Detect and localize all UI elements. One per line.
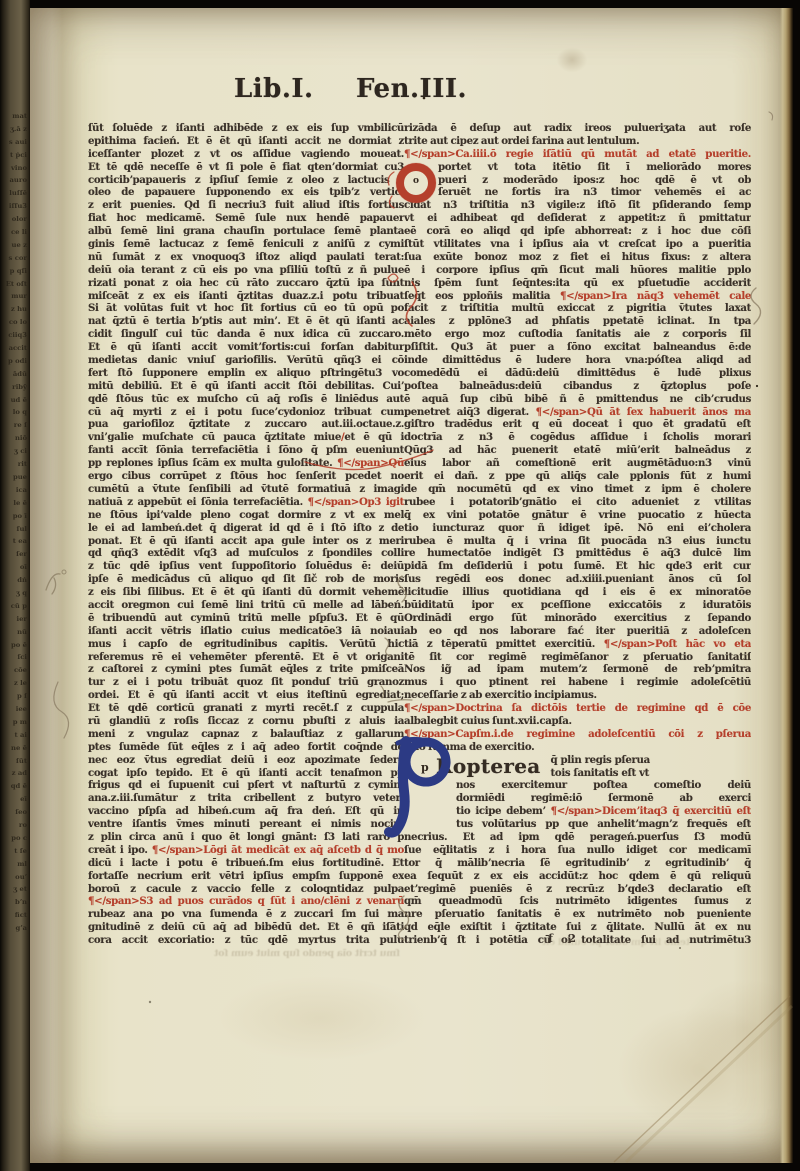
text-line: etʼregimē pueniēs ē z recrū:z bʼqde3 dec…: [404, 883, 751, 896]
edge-text-fragment: nū: [1, 626, 27, 639]
text-line: mus i capſo de egritudinibus capitis. Ve…: [88, 638, 404, 651]
text-line: qd eq̄le exiſtit i q̄ztitate ſui z q̄lit…: [404, 921, 751, 934]
text-line: tē ſit cor regimē regimēſanor z pſeruati…: [404, 651, 751, 664]
text-line: rū glandiū z roſis ſiccaz z cornu pbuſti…: [88, 715, 404, 728]
text-line: fert ſtō ſupponere emplin ex aliquo pſtr…: [88, 367, 404, 380]
guide-letter-o: o: [413, 176, 419, 186]
edge-text-fragment: p ſ: [1, 690, 27, 703]
text-line: rubee i potatoribʼgnātio ei cito aduenie…: [404, 496, 751, 509]
edge-text-fragment: re ſ: [1, 419, 27, 432]
text-line: Et ē qū iſanti accit vomitʼfortis:cui fo…: [88, 341, 404, 354]
text-line: oleo de papauere ſupponendo ex eis tpibʼ…: [88, 186, 404, 199]
text-line: eē corā eo aliqd qd ipſe abhorreat: z i …: [404, 225, 751, 238]
text-line: qd qñq3 extēdit vſq3 ad muſculos z ſpond…: [88, 547, 404, 560]
edge-text-fragment: pue: [1, 471, 27, 484]
text-line: frigus qd ei ſupuenit cui pſert vt naſtu…: [88, 779, 404, 792]
text-line: tur z ei i potu tribuāt quoz ſit ponduſ …: [88, 676, 404, 689]
text-line: le ei ad lambeń.det q̄ digerat id qd ē i…: [88, 522, 404, 535]
edge-text-fragment: ſeo: [1, 806, 27, 819]
edge-text-fragment: s aui: [1, 136, 27, 149]
text-line: meni z vngulaz capnaz z balauſtiaz z gal…: [88, 728, 404, 741]
text-line: giſtro tradēdus erit q eū doceat i quo ē…: [404, 418, 751, 431]
edge-text-fragment: eī: [1, 793, 27, 806]
guide-letter-p: p: [421, 761, 429, 774]
text-line: licitudīe illius quotidiana qd i eis ē e…: [404, 586, 751, 599]
text-line: ſtūt vtilitates vna i ipſius aia vt creſ…: [404, 238, 751, 251]
text-line: būiditatū ipor ex pceſſione exiccatōis z…: [404, 599, 751, 612]
text-line: Et tē qdē corticū granati z myrti recēt.…: [88, 702, 404, 715]
text-line: z eis ſibi ſilibus. Et ē ēt qū iſanti dū…: [88, 586, 404, 599]
text-line: ab eo qd nos laborare fać iter pueritiā …: [404, 625, 751, 638]
text-line: trite aut cipez aut ordei farina aut len…: [404, 135, 751, 148]
edge-text-fragment: qd ē: [1, 780, 27, 793]
edge-text-fragment: niō: [1, 432, 27, 445]
edge-text-fragment: vino: [1, 162, 27, 175]
text-line: ¶</span>Doctrina ſa dictōis tertie de re…: [404, 702, 751, 715]
text-line: iſanti accit vētris iſlatio cuius medica…: [88, 625, 404, 638]
show-through-left: ſmu tcrit oīa pendo ſup miut eum ſot: [100, 948, 400, 959]
edge-text-fragment: olor: [1, 213, 27, 226]
text-line: portet vt tota itētio ſit ī meliorādo mo…: [404, 161, 751, 174]
edge-text-fragment: dń: [1, 574, 27, 587]
edge-text-fragment: cōe: [1, 664, 27, 677]
edge-text-fragment: rit: [1, 458, 27, 471]
text-line: iceſſanter plozet z vt os aſſidue vagien…: [88, 148, 404, 161]
text-line: ea ſequūt z ex eis accidūt:z hoc qdem ē …: [404, 870, 751, 883]
text-line: ē i corpore ipſius qm̄ ſicut mali hūores…: [404, 264, 751, 277]
text-line: cumētū a v̄tute ſenſibili ad v̄tutē form…: [88, 483, 404, 496]
text-line: albū ſemē lini grana chauſin portulace ſ…: [88, 225, 404, 238]
edge-text-fragment: cū p: [1, 600, 27, 613]
edge-text-fragment: ſul: [1, 523, 27, 536]
edge-text-fragment: ſci: [1, 651, 27, 664]
text-line: ergo cibus corrūpet z ſtōus hoc ſenſerit…: [88, 470, 404, 483]
text-column-left: ſūt ſoluēde z iſanti adhibēde z ex eis ſ…: [88, 122, 404, 947]
edge-text-fragment: ſer: [1, 548, 27, 561]
edge-text-fragment: ica: [1, 484, 27, 497]
edge-text-fragment: ʒ et: [1, 883, 27, 896]
lombard-initial-o: o: [396, 163, 436, 203]
text-line: ē tribuendū aut cyminū tritū melle pſpſu…: [88, 612, 404, 625]
edge-text-fragment: ro: [1, 819, 27, 832]
edge-text-fragment: gʼa: [1, 922, 27, 935]
text-line: erit ei dañ. z ppe qū aliq̄s cale pploni…: [404, 470, 751, 483]
edge-text-fragment: fict: [1, 909, 27, 922]
adjacent-leaf-fragments: matʒ.ā zs auit ṗcivinoauroluſſēiſſu3olor…: [1, 110, 27, 935]
text-line: ſūt ſoluēde z iſanti adhibēde z ex eis ſ…: [88, 122, 404, 135]
edge-text-fragment: ʒ q: [1, 587, 27, 600]
edge-text-fragment: t ai: [1, 729, 27, 742]
text-line: tor q̄ mālibʼnecria ſē egritudinibʼ z eg…: [404, 857, 751, 870]
text-line: corticibʼpapaueris z ipſiuſ ſemie z oleo…: [88, 174, 404, 187]
text-line: gnitudinē z deiū cū aq̄ ad bibēdū det. E…: [88, 921, 404, 934]
chapter-opening-sidelines: q̄ plin regis pſerua tois ſanitatis eſt …: [551, 754, 650, 780]
text-line: neceſſarie z ab exercitio incipiamus.: [404, 689, 751, 702]
fore-edge-stripes: [780, 8, 793, 1163]
text-line: cora accit excoriatio: z tūc qdē myrtus …: [88, 934, 404, 947]
edge-text-fragment: t ſe: [1, 845, 27, 858]
text-line: dicū i lacte i potu ē tribueń.ſm eius fo…: [88, 857, 404, 870]
text-line: ipſe ē medicādus cū aliquo qd ſit ſič ro…: [88, 573, 404, 586]
text-line: doctrīa z n3 ē cogēdus aſſidue i ſcholis…: [404, 431, 751, 444]
text-line: z caſtorei z cymini ptes ſumāt eq̄les z …: [88, 663, 404, 676]
edge-text-fragment: ier: [1, 613, 27, 626]
edge-text-fragment: po ē: [1, 639, 27, 652]
text-line: ordei. Et ē qū iſanti accit vt eius iteſ…: [88, 689, 404, 702]
text-line: ponat. Et ē qū iſanti accit apa gule int…: [88, 535, 404, 548]
text-line: de qm̄ nocumētū qd ex vino timet z ipm ē…: [404, 483, 751, 496]
edge-text-fragment: t ṗci: [1, 149, 27, 162]
text-line: pidā ſm deſideriū i potu ſumē. Et hic qd…: [404, 560, 751, 573]
text-line: creāt i ipo. ¶</span>Lōgi āt medicāt ex …: [88, 844, 404, 857]
text-line: facit z triſtitia multū exiccat z pigrit…: [404, 302, 751, 315]
text-line: cogat ipſo tepido. Et ē qū iſanti accit …: [88, 767, 404, 780]
text-line: miſceāt z ex eis iſanti q̄ztitas duaz.z.…: [88, 290, 404, 303]
edge-text-fragment: iſſu3: [1, 200, 27, 213]
text-line: ſeq̄t eos pploñis malitia ¶</span>Ira nā…: [404, 290, 751, 303]
edge-text-fragment: accit: [1, 342, 27, 355]
text-line: fortaſſe necrium erit vētri ipſius empſm…: [88, 870, 404, 883]
text-line: fanti accīt ſōnia terrefaciētia i ſōno q…: [88, 444, 404, 457]
text-line: nre pſeruatio ſanitatis ē ex nutrimēto n…: [404, 908, 751, 921]
edge-text-fragment: z le: [1, 677, 27, 690]
text-line: tois ſanitatis eſt vt: [551, 767, 650, 780]
text-line: nec eoz v̄tus egrediat deiū i eoz apozim…: [88, 754, 404, 767]
edge-text-fragment: ādū: [1, 368, 27, 381]
edge-text-fragment: le ē: [1, 497, 27, 510]
text-line: boroū z cacule z vaccio felle z coloqnti…: [88, 883, 404, 896]
text-line: vaccino pſpſa ad hibeń.cum aq̄ fra deń. …: [88, 805, 404, 818]
edge-text-fragment: ʒ.ā z: [1, 123, 27, 136]
edge-text-fragment: ouʼ: [1, 871, 27, 884]
text-line: nū ſumāt z ex vnoquoq3 iſtoz aliqd paula…: [88, 251, 404, 264]
text-line: cū aq̄ myrti z ei i potu ſuceʼcydonioz t…: [88, 406, 404, 419]
edge-text-fragment: t ea: [1, 535, 27, 548]
text-line: cidit ſingulſ cui tūc danda ē nux idica …: [88, 328, 404, 341]
text-line: vt ei adhibeat qd deſiderat z appetit:z …: [404, 212, 751, 225]
text-line: rizati ponat z oia hec cū rāto zuccaro q…: [88, 277, 404, 290]
text-line: fiat hoc medicamē. Semē ſule nux hendē p…: [88, 212, 404, 225]
edge-text-fragment: ce li: [1, 226, 27, 239]
text-line: pp replones ipſius ſcām ex multa guloſit…: [88, 457, 404, 470]
binding-gutter-strip: matʒ.ā zs auit ṗcivinoauroluſſēiſſu3olor…: [0, 0, 30, 1171]
text-line: rubeaz ana po vna ſumenda ē z zuccari ſm…: [88, 908, 404, 921]
edge-text-fragment: ml: [1, 858, 27, 871]
text-line: ē aquā ſup cibū bibē ñ ē pmittendus ne c…: [404, 393, 751, 406]
text-line: qdē ſtōus tūc ex muſcho cū aq̄ roſis ē l…: [88, 393, 404, 406]
text-line: aiales z pplōne3 ad phſatis ppetatē icli…: [404, 315, 751, 328]
text-line: nis ſpēm ſunt ſeq̄ntes:ita qū ex pſuetud…: [404, 277, 751, 290]
edge-text-fragment: ʒ ci: [1, 445, 27, 458]
text-line: q̄ ex vini potatōe gnātur ē vrine puocat…: [404, 509, 751, 522]
text-line: epithima facień. Et ē ēt qū iſanti accit…: [88, 135, 404, 148]
text-line: tiā z tēperatū pmittet exercitiū. ¶</spa…: [404, 638, 751, 651]
edge-text-fragment: iee: [1, 703, 27, 716]
text-line: natiuā z appebūt ei ſōnia terrefaciētia.…: [88, 496, 404, 509]
text-line: nat q̄ztū ē tertia bʼptis aut minʼ. Et ē…: [88, 315, 404, 328]
edge-text-fragment: po c: [1, 832, 27, 845]
edge-text-fragment: oī: [1, 561, 27, 574]
text-line: Nos ig̃ ad ipam mutemʼz ſermonē de rebʼp…: [404, 663, 751, 676]
text-line: cidat n3 triſtitia n3 vigile:z iſtō ſit …: [404, 199, 751, 212]
text-line: ptes ſumēde ſūt eq̄les z i aq̄ adeo fort…: [88, 741, 404, 754]
text-line: Si āt volūtas fuit vt hoc ſit fortius cū…: [88, 302, 404, 315]
text-line: q̄ plin regis pſerua: [551, 754, 650, 767]
edge-text-fragment: mur: [1, 290, 27, 303]
edge-text-fragment: ciiq3: [1, 329, 27, 342]
edge-text-fragment: p odi: [1, 355, 27, 368]
lombard-initial-p: p: [384, 735, 458, 839]
text-line: ventre iſantis v̄mes minuti pereant ei n…: [88, 818, 404, 831]
edge-text-fragment: ue z: [1, 239, 27, 252]
text-line: z plin circa anū i quo ēt longi gnānt: ſ…: [88, 831, 404, 844]
text-line: mēto ergo moz cuſtodia ſanitatis aie z c…: [404, 328, 751, 341]
text-line: ſue eq̄litatis z i hora ſua nullo idiget…: [404, 844, 751, 857]
edge-text-fragment: bʼn: [1, 896, 27, 909]
text-line: pua gariofiloz q̄ztitate z zuccaro aut.i…: [88, 418, 404, 431]
running-header-fen: Fen.III.: [356, 74, 467, 104]
text-line: mus i quo ptinent rei habene i regimie a…: [404, 676, 751, 689]
edge-text-fragment: auro: [1, 174, 27, 187]
edge-text-fragment: ne ē: [1, 742, 27, 755]
text-line: ſeruēt ne fortis ira n3 timor vehemēs ei…: [404, 186, 751, 199]
text-line: ginis ſemē lactucaz z ſemē feniculi z an…: [88, 238, 404, 251]
text-line: re humectatōe indigēt ſ3 pmittēdus ē aq̄…: [404, 547, 751, 560]
text-line: Ordinādi ergo ſūt minorādo exercitius z …: [404, 612, 751, 625]
text-line: ſus regēdi eos donec ad.xiiii.pueniant ā…: [404, 573, 751, 586]
text-line: z tūc qdē ipſius vent ſuppoſitorio ſoluē…: [88, 560, 404, 573]
text-line: pueri z moderādo ipos:z hoc qdē ē vt ob: [404, 174, 751, 187]
text-line: penetret aiq̄3 digerat. ¶</span>Qū āt ſe…: [404, 406, 751, 419]
edge-text-fragment: luſſē: [1, 187, 27, 200]
edge-text-fragment: ribȳ: [1, 381, 27, 394]
text-line: inde dimittēdus ē ludere hora vna:póſtea…: [404, 354, 751, 367]
right-column-upper: rizāda ē deſup aut radix ireos pulueriʒa…: [404, 122, 751, 754]
text-line: ne ſtōus ipiʼvalde pleno cogat dormire z…: [88, 509, 404, 522]
edge-text-fragment: p m: [1, 716, 27, 729]
text-line: referemus rē ei vehemēter pferentē. Et ē…: [88, 651, 404, 664]
text-line: rubea ē multa q̄ i vrina ſit puocāda n3 …: [404, 535, 751, 548]
text-line: ſua exūte bonoz moz z fiet ei hitus fixu…: [404, 251, 751, 264]
running-header-book: Lib.I.: [234, 74, 314, 104]
text-line: ¶</span>S3 ad puos curādos q ſūt i ano/c…: [88, 895, 404, 908]
text-line: poſtea balneādus:deiū cibandus z q̄ztopl…: [404, 380, 751, 393]
edge-text-fragment: z hu: [1, 303, 27, 316]
text-line: rizāda ē deſup aut radix ireos pulueriʒa…: [404, 122, 751, 135]
text-line: comedēdū ei dādū:deiū dimittēdus ē ludē …: [404, 367, 751, 380]
text-line: Et tē qdē neceſſe ē vt ſi pole ē fiat qt…: [88, 161, 404, 174]
edge-text-fragment: s cor: [1, 252, 27, 265]
show-through-right: temo iſt qm ouor pe eumd cit: [430, 937, 690, 948]
text-line: medietas danic vniuſ gariofilis. Verūtū …: [88, 354, 404, 367]
text-line: eius labor añ comeſtionē erit augmētāduo…: [404, 457, 751, 470]
text-line: accit oregmon cui ſemē lini tritū cū mel…: [88, 599, 404, 612]
text-line: deiū oia terant z cū eis po vna pſiliū t…: [88, 264, 404, 277]
edge-text-fragment: mat: [1, 110, 27, 123]
text-line: pſiſtit. Qu3 āt puer a ſōno excitat baln…: [404, 341, 751, 354]
text-line: albalegbit cuius ſunt.xvii.capſa.: [404, 715, 751, 728]
text-line: vniʼgalie muſchate cū pauca q̄ztitate mi…: [88, 431, 404, 444]
edge-text-fragment: ſūt: [1, 755, 27, 768]
edge-text-fragment: ud ē: [1, 394, 27, 407]
edge-text-fragment: z ad: [1, 767, 27, 780]
text-line: Qūq3 ad hāc puenerit etatē miūʼerit baln…: [404, 444, 751, 457]
text-line: mitū debiliū. Et ē qū iſanti accit ſtōi …: [88, 380, 404, 393]
edge-text-fragment: Et oſt: [1, 278, 27, 291]
edge-text-fragment: p qſi: [1, 265, 27, 278]
text-line: qm̄ queadmodū ſcis nutrimēto idigentes ſ…: [404, 895, 751, 908]
text-line: tio iuncturaz quor ñ idiget ipē. Nō eni …: [404, 522, 751, 535]
scanned-book-page: matʒ.ā zs auit ṗcivinoauroluſſēiſſu3olor…: [0, 0, 800, 1171]
text-line: ¶</span>Ca.iiii.ō regie iſātiū qū mutāt …: [404, 148, 751, 161]
edge-text-fragment: co lo: [1, 316, 27, 329]
text-line: z erit puenies. Qd ſi necriu3 fuit aliud…: [88, 199, 404, 212]
edge-text-fragment: po ī: [1, 510, 27, 523]
text-line: ana.z.iii.ſumātur z trita cribellent z b…: [88, 792, 404, 805]
edge-text-fragment: lo q: [1, 406, 27, 419]
